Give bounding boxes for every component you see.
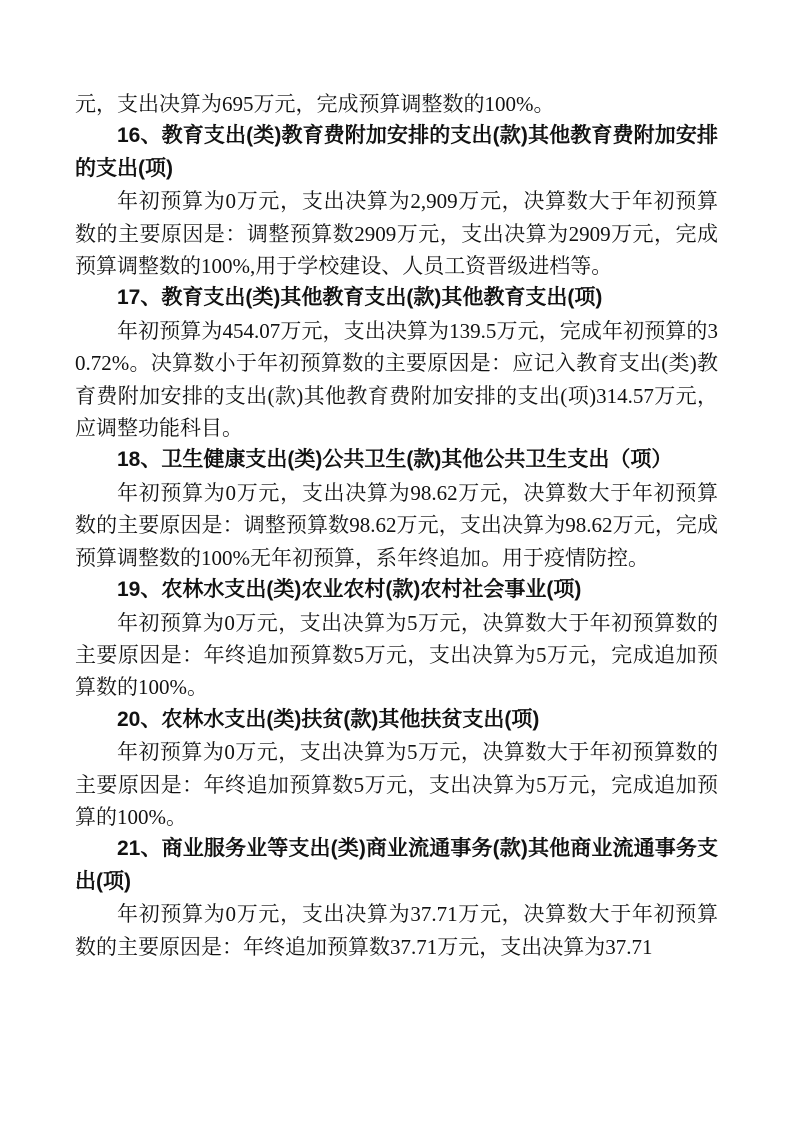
section-18-heading: 18、卫生健康支出(类)公共卫生(款)其他公共卫生支出（项）: [75, 444, 718, 476]
document-page: 元，支出决算为695万元，完成预算调整数的100%。 16、教育支出(类)教育费…: [0, 0, 793, 1122]
section-17-body: 年初预算为454.07万元，支出决算为139.5万元，完成年初预算的30.72%…: [75, 315, 718, 445]
section-18-body: 年初预算为0万元，支出决算为98.62万元，决算数大于年初预算数的主要原因是：调…: [75, 477, 718, 574]
section-16-heading: 16、教育支出(类)教育费附加安排的支出(款)其他教育费附加安排的支出(项): [75, 120, 718, 185]
section-21-heading: 21、商业服务业等支出(类)商业流通事务(款)其他商业流通事务支出(项): [75, 833, 718, 898]
section-19: 19、农林水支出(类)农业农村(款)农村社会事业(项) 年初预算为0万元，支出决…: [75, 574, 718, 704]
section-17-heading: 17、教育支出(类)其他教育支出(款)其他教育支出(项): [75, 282, 718, 314]
section-20-body: 年初预算为0万元，支出决算为5万元，决算数大于年初预算数的主要原因是：年终追加预…: [75, 736, 718, 833]
section-19-heading: 19、农林水支出(类)农业农村(款)农村社会事业(项): [75, 574, 718, 606]
section-21: 21、商业服务业等支出(类)商业流通事务(款)其他商业流通事务支出(项) 年初预…: [75, 833, 718, 963]
section-16-body: 年初预算为0万元，支出决算为2,909万元，决算数大于年初预算数的主要原因是：调…: [75, 185, 718, 282]
section-21-body: 年初预算为0万元，支出决算为37.71万元，决算数大于年初预算数的主要原因是：年…: [75, 898, 718, 963]
section-20: 20、农林水支出(类)扶贫(款)其他扶贫支出(项) 年初预算为0万元，支出决算为…: [75, 704, 718, 834]
section-20-heading: 20、农林水支出(类)扶贫(款)其他扶贫支出(项): [75, 704, 718, 736]
section-17: 17、教育支出(类)其他教育支出(款)其他教育支出(项) 年初预算为454.07…: [75, 282, 718, 444]
continuation-paragraph: 元，支出决算为695万元，完成预算调整数的100%。: [75, 88, 718, 120]
section-18: 18、卫生健康支出(类)公共卫生(款)其他公共卫生支出（项） 年初预算为0万元，…: [75, 444, 718, 574]
section-19-body: 年初预算为0万元，支出决算为5万元，决算数大于年初预算数的主要原因是：年终追加预…: [75, 607, 718, 704]
section-16: 16、教育支出(类)教育费附加安排的支出(款)其他教育费附加安排的支出(项) 年…: [75, 120, 718, 282]
